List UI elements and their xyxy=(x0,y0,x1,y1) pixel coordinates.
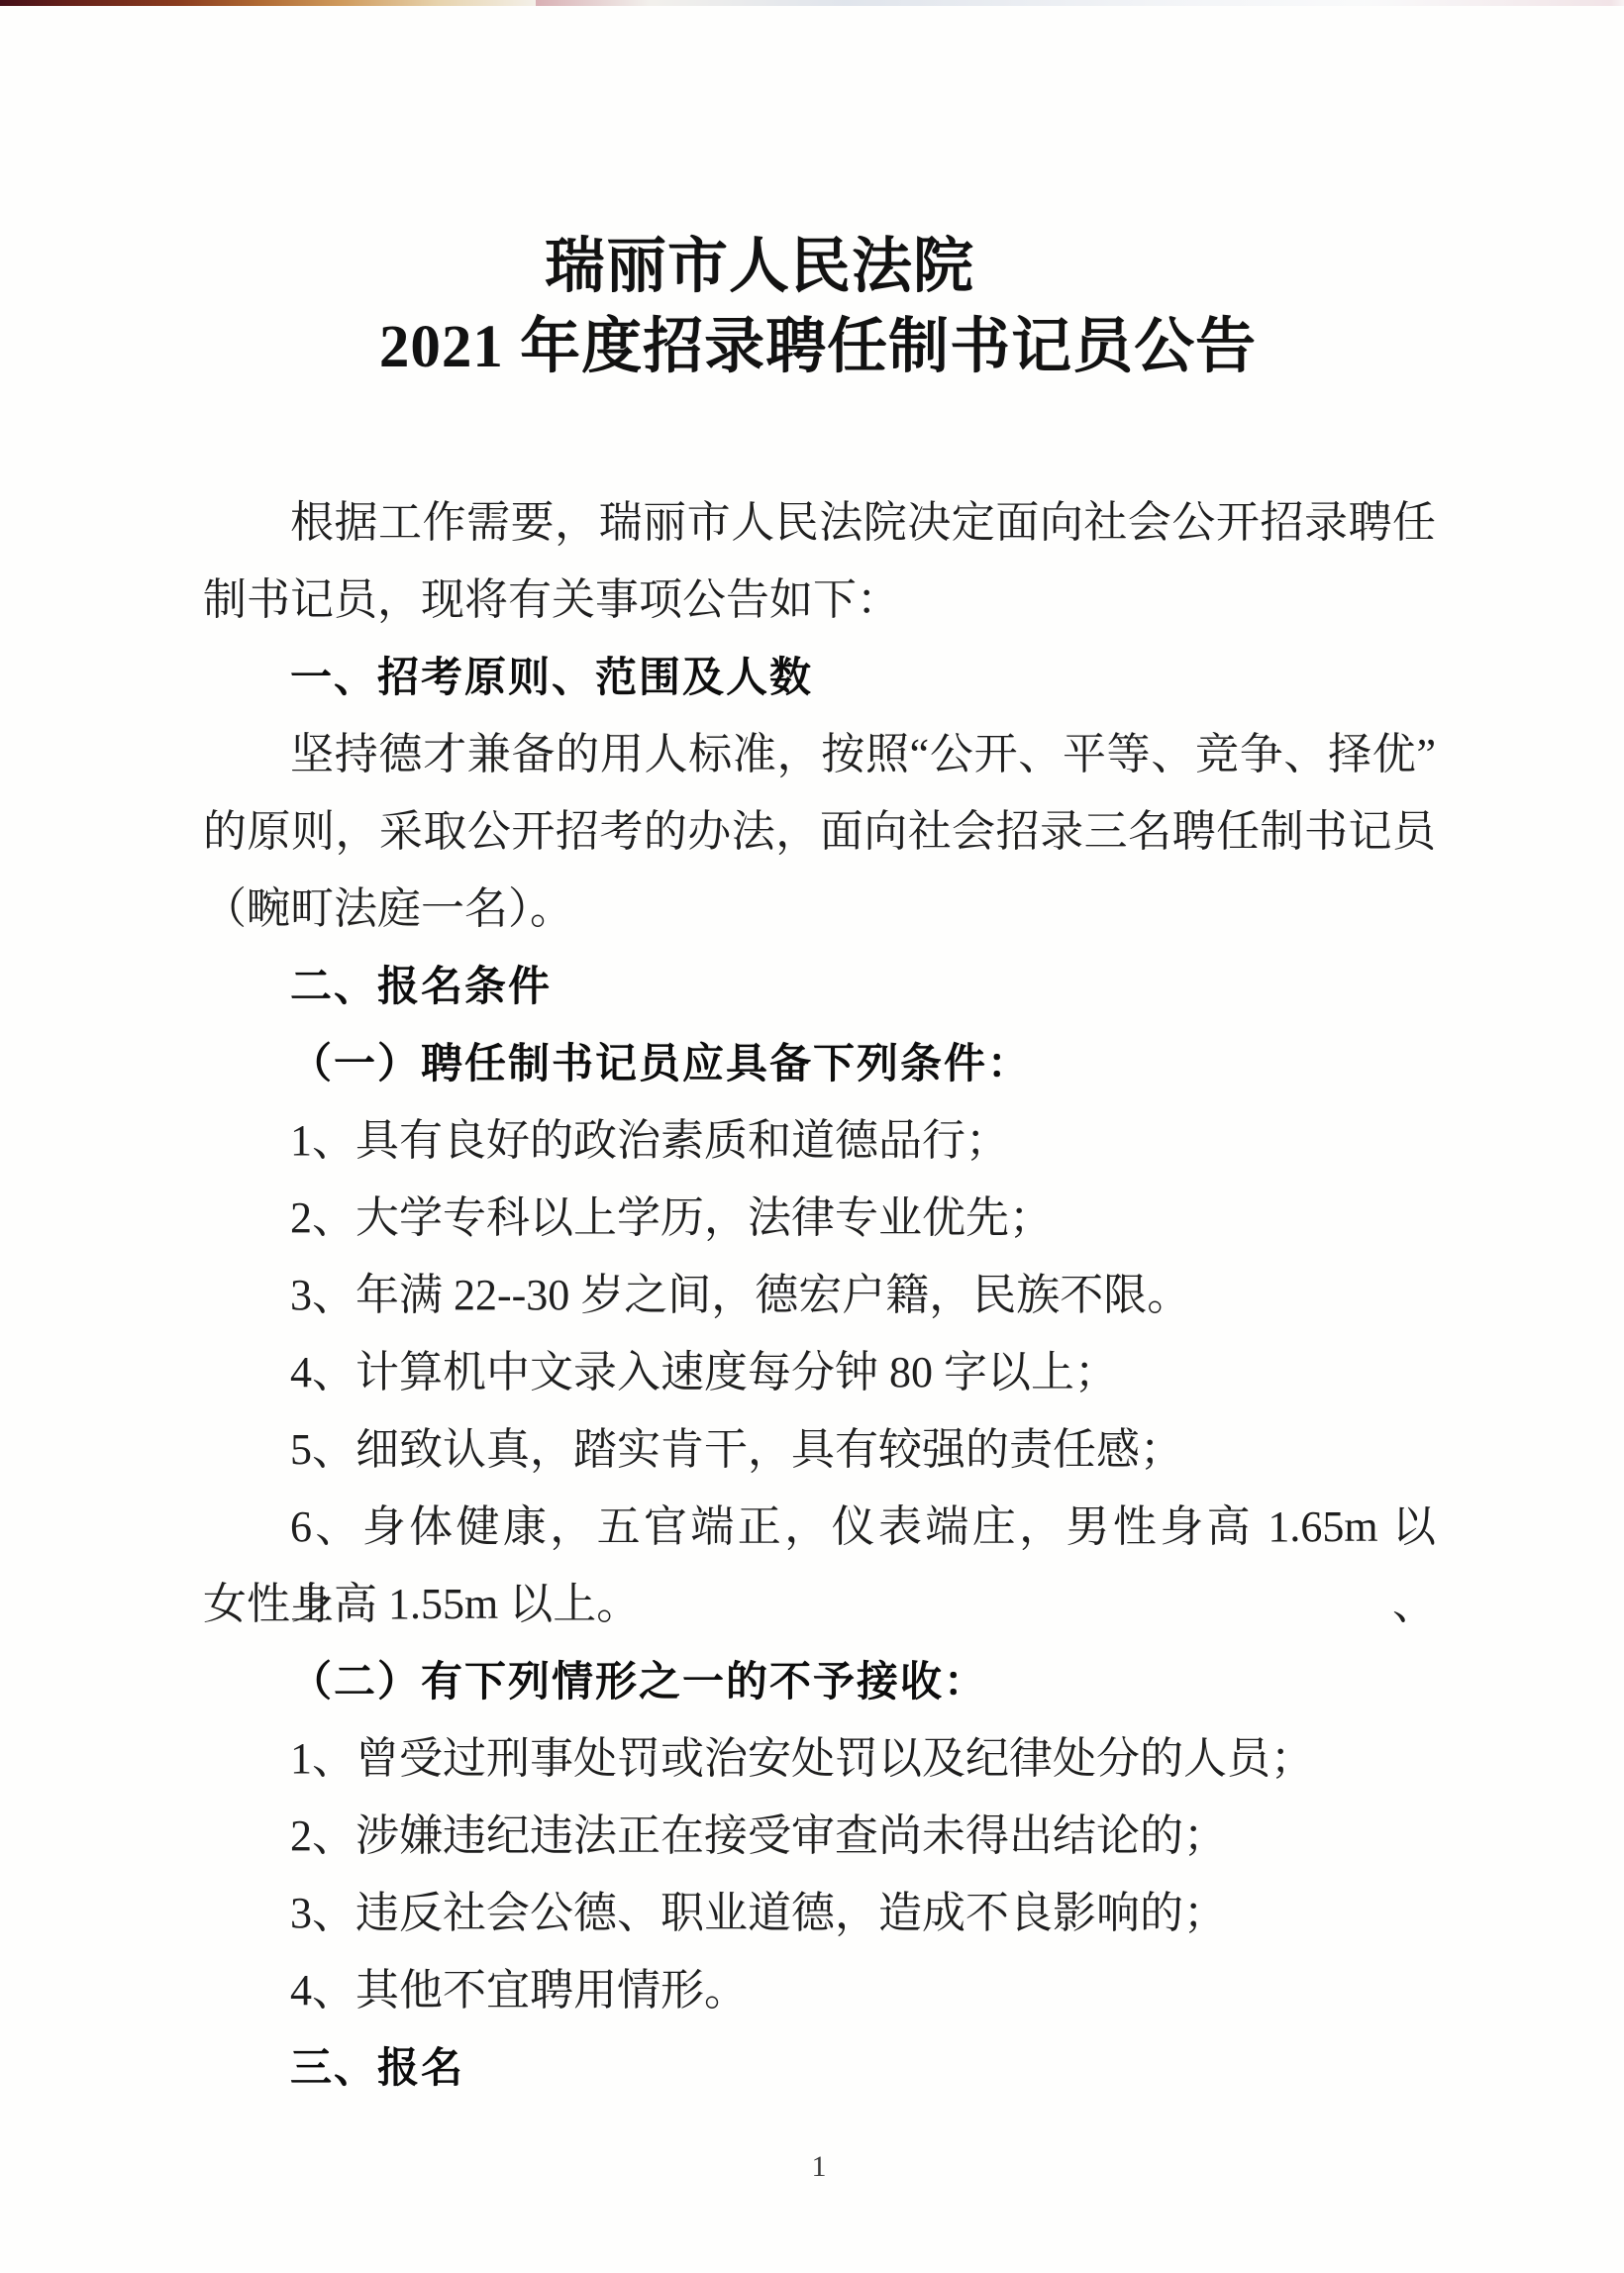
document-title-line-1: 瑞丽市人民法院 xyxy=(0,229,1572,306)
list-item: 3、违反社会公德、职业道德，造成不良影响的； xyxy=(203,1875,1436,1952)
paragraph-line: 的原则，采取公开招考的办法，面向社会招录三名聘任制书记员 xyxy=(203,793,1436,871)
section-heading: 一、招考原则、范围及人数 xyxy=(203,639,1436,716)
paragraph-line: 坚持德才兼备的用人标准，按照“公开、平等、竞争、择优” xyxy=(203,716,1436,793)
subsection-heading: （一）聘任制书记员应具备下列条件： xyxy=(203,1025,1436,1102)
paragraph-line: （畹町法庭一名）。 xyxy=(203,871,1436,948)
subsection-heading: （二）有下列情形之一的不予接收： xyxy=(203,1643,1436,1720)
list-item: 5、细致认真，踏实肯干，具有较强的责任感； xyxy=(203,1411,1436,1489)
section-heading: 三、报名 xyxy=(203,2029,1436,2107)
document-body: 根据工作需要，瑞丽市人民法院决定面向社会公开招录聘任 制书记员，现将有关事项公告… xyxy=(203,484,1436,2107)
list-item: 4、计算机中文录入速度每分钟 80 字以上； xyxy=(203,1334,1436,1411)
scan-artifact-bar xyxy=(0,0,1624,6)
list-item: 1、具有良好的政治素质和道德品行； xyxy=(203,1102,1436,1180)
list-item: 3、年满 22--30 岁之间，德宏户籍，民族不限。 xyxy=(203,1257,1436,1334)
list-item: 6、身体健康，五官端正，仪表端庄，男性身高 1.65m 以上、 xyxy=(203,1489,1436,1566)
paragraph-line: 制书记员，现将有关事项公告如下： xyxy=(203,562,1436,639)
page-number: 1 xyxy=(7,2147,1624,2187)
list-item: 2、大学专科以上学历，法律专业优先； xyxy=(203,1180,1436,1257)
document-title-line-2: 2021 年度招录聘任制书记员公告 xyxy=(6,309,1624,386)
paragraph-line: 根据工作需要，瑞丽市人民法院决定面向社会公开招录聘任 xyxy=(203,484,1436,562)
list-item: 2、涉嫌违纪违法正在接受审查尚未得出结论的； xyxy=(203,1798,1436,1875)
scanned-announcement-page: 瑞丽市人民法院 2021 年度招录聘任制书记员公告 根据工作需要，瑞丽市人民法院… xyxy=(0,0,1624,2273)
list-item: 4、其他不宜聘用情形。 xyxy=(203,1952,1436,2029)
list-item: 1、曾受过刑事处罚或治安处罚以及纪律处分的人员； xyxy=(203,1720,1436,1798)
section-heading: 二、报名条件 xyxy=(203,948,1436,1025)
